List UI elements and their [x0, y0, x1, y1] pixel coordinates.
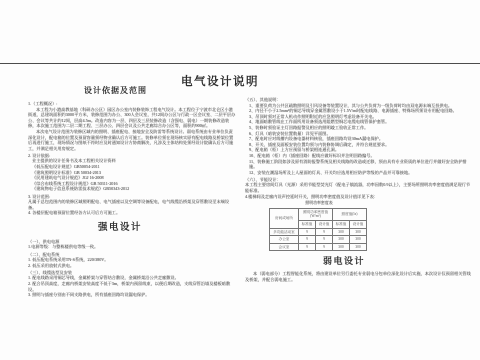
- basis-item: 《建筑物电子信息系统防雷技术规范》GB50343-2012: [28, 186, 236, 192]
- strong-line: 1.电源等级：与整栋楼供电等级一致。: [28, 244, 236, 250]
- subheader-design: 设计值: [316, 220, 333, 228]
- strong-line: 2. 低压采用放射式供电。: [28, 263, 236, 269]
- strong-line: 3. 照明与插座分别由不同支路供电，所有插座回路均设漏电保护。: [28, 292, 236, 298]
- table-row: 办公室 9 9 300 300: [270, 236, 367, 244]
- cell-room: 多功能活动室: [270, 228, 299, 236]
- col-header-lpd: 照明功率密度值 (W/m²): [299, 208, 333, 220]
- cell-lpd-design: 9: [316, 228, 333, 236]
- note-4: 4. 各楼层配电箱预留位置经各方认可后方可施工。: [28, 210, 236, 216]
- col-header-lux: 照度值(lx): [333, 208, 367, 220]
- table-title: 照明功率密度表: [269, 201, 369, 207]
- cell-room: 办公室: [270, 236, 299, 244]
- overview-paragraph-1: 本工程为小港高教基地（科研办公区）园区办公室内装修装饰工程电气设计。本工程位于宁…: [28, 107, 236, 129]
- cell-lpd-design: 9: [316, 243, 333, 251]
- lighting-power-density-table: 照明功率密度表 房间或场所 照明功率密度值 (W/m²) 照度值(lx) 标准值…: [269, 201, 369, 251]
- overview-paragraph-2: 本次电气设计范围为装修区域内的照明、插座配电、接地安全及防雷等系统设计。弱电系统…: [28, 129, 236, 151]
- drawing-sheet: 电气设计说明 设计依据及范围 1.（工程概况）: 本工程为小港高教基地（科研办公…: [0, 0, 480, 360]
- other-note: 11、装修施工阶段如涉及原有消防报警系统及相关线路的改造或迁移，须由具有专业资质…: [245, 159, 471, 170]
- other-note: 12、安装在潮湿场所及上人屋面的灯具、开关均应选用相应防护等级的产品并可靠接地。: [245, 170, 471, 176]
- subheader-design: 设计值: [350, 220, 367, 228]
- subheader-standard: 标准值: [333, 220, 350, 228]
- cell-lpd-standard: 9: [299, 236, 316, 244]
- cell-lux-standard: 300: [333, 228, 350, 236]
- cell-lux-design: 300: [350, 236, 367, 244]
- section-heading-design-basis: 设计依据及范围: [84, 86, 236, 96]
- strong-line: 2. 配合吊顶高度，走廊内桥架安装高度不低于3m，桥架内预留线束，以便后期改造，…: [28, 281, 236, 292]
- table-row: 多功能活动室 9 9 300 300: [270, 228, 367, 236]
- right-column: （五）、其他说明： 1、重要负荷为公共区疏散照明及引风设备等装置设计，其与公共负…: [245, 97, 471, 283]
- sheet-top-border: [0, 63, 480, 64]
- table-row: 会议室 9 9 300 300: [270, 243, 367, 251]
- section-heading-weak-current: 弱电设计: [323, 256, 471, 267]
- cell-room: 会议室: [270, 243, 299, 251]
- cell-lpd-design: 9: [316, 236, 333, 244]
- col-header-room: 房间或场所: [270, 208, 299, 228]
- cell-lux-standard: 300: [333, 243, 350, 251]
- energy-line: 本工程主要房间灯具（光源）采用节能型荧光灯（配电子镇流器，功率因数0.9以上），…: [245, 182, 471, 193]
- cell-lpd-standard: 9: [299, 228, 316, 236]
- left-column: 设计依据及范围 1.（工程概况）: 本工程为小港高教基地（科研办公区）园区办公室…: [28, 86, 236, 298]
- section-heading-strong-current: 强电设计: [98, 223, 236, 234]
- scope-text: 凡属于总包范围内的装修区域照明配电、电气插座以及空调等设备配电，电气线缆沿桥架及…: [28, 199, 236, 210]
- energy-line: 4.楼梯间及走廊内设声控延时开关，照明功率密度值及设计值详见下表：: [245, 194, 471, 200]
- cell-lux-design: 300: [350, 228, 367, 236]
- cell-lpd-standard: 9: [299, 243, 316, 251]
- table-header-row: 房间或场所 照明功率密度值 (W/m²) 照度值(lx): [270, 208, 367, 220]
- cell-lux-standard: 300: [333, 236, 350, 244]
- weak-current-paragraph: 本（弱电部分）工程智能化系统，将由建设单位另行委托专业弱电分包单位深化设计后实施…: [245, 271, 471, 282]
- other-note: 2、内径不小于2.5mm²的铜芯导线穿金属管敷设小于1.5V/m时配电线路、电源…: [245, 108, 471, 114]
- cell-lux-design: 300: [350, 243, 367, 251]
- subheader-standard: 标准值: [299, 220, 316, 228]
